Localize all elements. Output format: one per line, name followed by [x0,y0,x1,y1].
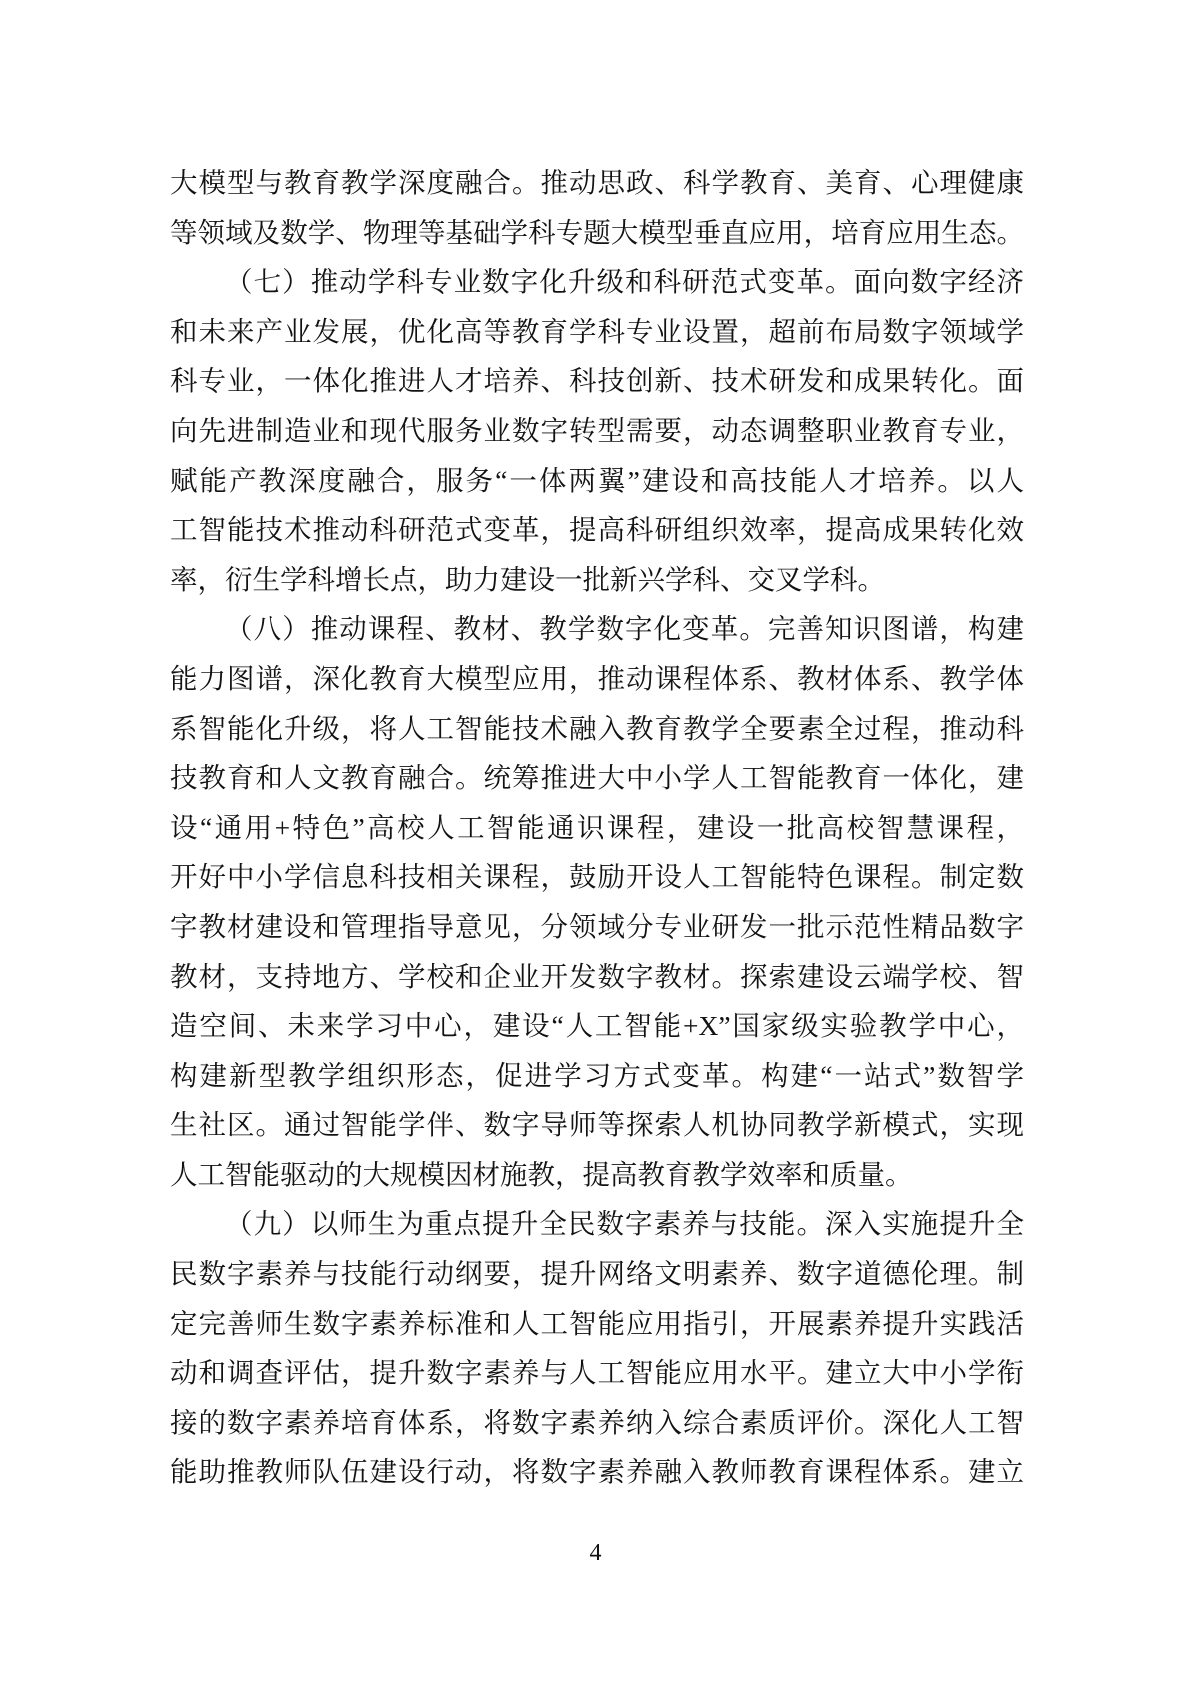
text-line: （七）推动学科专业数字化升级和科研范式变革。面向数字经济 [170,257,1024,307]
text-line: 人工智能驱动的大规模因材施教，提高教育教学效率和质量。 [170,1150,1024,1200]
text-line: （九）以师生为重点提升全民数字素养与技能。深入实施提升全 [170,1199,1024,1249]
document-body: 大模型与教育教学深度融合。推动思政、科学教育、美育、心理健康等领域及数学、物理等… [170,158,1024,1497]
text-line: 系智能化升级，将人工智能技术融入教育教学全要素全过程，推动科 [170,704,1024,754]
text-line: 生社区。通过智能学伴、数字导师等探索人机协同教学新模式，实现 [170,1100,1024,1150]
para-continued: 大模型与教育教学深度融合。推动思政、科学教育、美育、心理健康等领域及数学、物理等… [170,158,1024,257]
text-line: 动和调查评估，提升数字素养与人工智能应用水平。建立大中小学衔 [170,1348,1024,1398]
text-line: 赋能产教深度融合，服务“一体两翼”建设和高技能人才培养。以人 [170,456,1024,506]
para-item-8: （八）推动课程、教材、教学数字化变革。完善知识图谱，构建能力图谱，深化教育大模型… [170,604,1024,1199]
text-line: 民数字素养与技能行动纲要，提升网络文明素养、数字道德伦理。制 [170,1249,1024,1299]
text-line: 大模型与教育教学深度融合。推动思政、科学教育、美育、心理健康 [170,158,1024,208]
text-line: 向先进制造业和现代服务业数字转型需要，动态调整职业教育专业， [170,406,1024,456]
text-line: 开好中小学信息科技相关课程，鼓励开设人工智能特色课程。制定数 [170,852,1024,902]
document-page: 大模型与教育教学深度融合。推动思政、科学教育、美育、心理健康等领域及数学、物理等… [0,0,1191,1684]
text-line: 技教育和人文教育融合。统筹推进大中小学人工智能教育一体化，建 [170,753,1024,803]
text-line: 设“通用+特色”高校人工智能通识课程，建设一批高校智慧课程， [170,803,1024,853]
text-line: 工智能技术推动科研范式变革，提高科研组织效率，提高成果转化效 [170,505,1024,555]
text-line: 科专业，一体化推进人才培养、科技创新、技术研发和成果转化。面 [170,356,1024,406]
para-item-7: （七）推动学科专业数字化升级和科研范式变革。面向数字经济和未来产业发展，优化高等… [170,257,1024,604]
text-line: 和未来产业发展，优化高等教育学科专业设置，超前布局数字领域学 [170,307,1024,357]
text-line: 造空间、未来学习中心，建设“人工智能+X”国家级实验教学中心， [170,1001,1024,1051]
page-number: 4 [0,1538,1191,1568]
text-line: 字教材建设和管理指导意见，分领域分专业研发一批示范性精品数字 [170,902,1024,952]
text-line: 定完善师生数字素养标准和人工智能应用指引，开展素养提升实践活 [170,1299,1024,1349]
para-item-9: （九）以师生为重点提升全民数字素养与技能。深入实施提升全民数字素养与技能行动纲要… [170,1199,1024,1497]
text-line: 率，衍生学科增长点，助力建设一批新兴学科、交叉学科。 [170,555,1024,605]
text-line: 教材，支持地方、学校和企业开发数字教材。探索建设云端学校、智 [170,952,1024,1002]
text-line: 构建新型教学组织形态，促进学习方式变革。构建“一站式”数智学 [170,1051,1024,1101]
text-line: 接的数字素养培育体系，将数字素养纳入综合素质评价。深化人工智 [170,1398,1024,1448]
text-line: 能力图谱，深化教育大模型应用，推动课程体系、教材体系、教学体 [170,654,1024,704]
text-line: （八）推动课程、教材、教学数字化变革。完善知识图谱，构建 [170,604,1024,654]
text-line: 等领域及数学、物理等基础学科专题大模型垂直应用，培育应用生态。 [170,208,1024,258]
text-line: 能助推教师队伍建设行动，将数字素养融入教师教育课程体系。建立 [170,1447,1024,1497]
